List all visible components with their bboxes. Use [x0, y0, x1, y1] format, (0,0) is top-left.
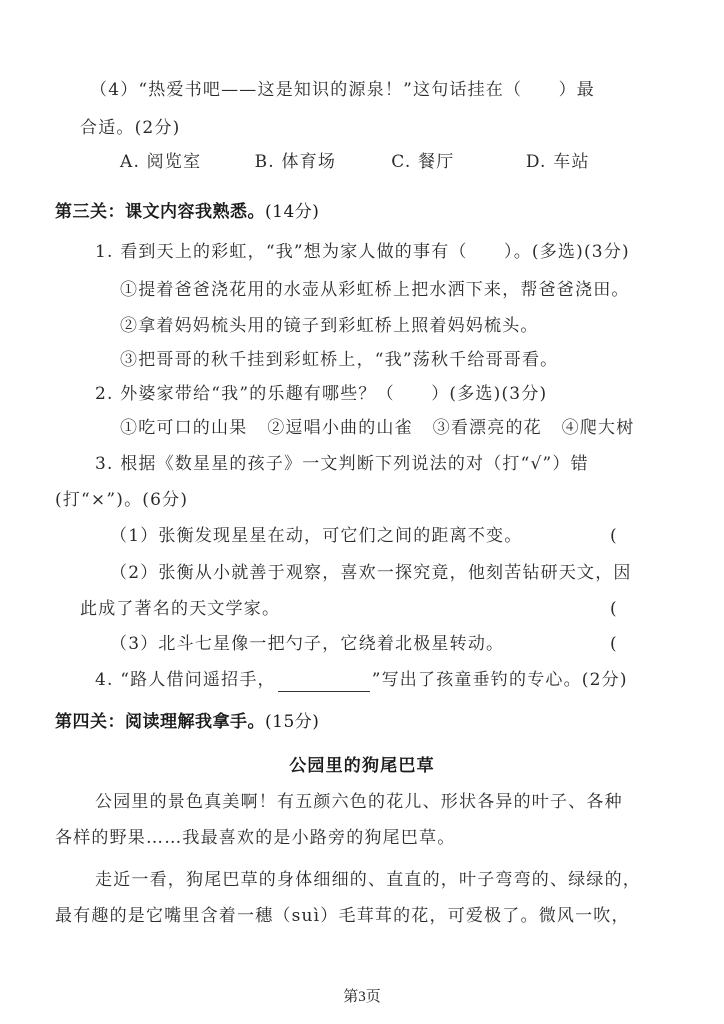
- passage-title: 公园里的狗尾巴草: [0, 754, 724, 778]
- passage-p1-line1: 公园里的景色真美啊！有五颜六色的花儿、形状各异的叶子、各种: [95, 790, 623, 814]
- section3-title: 第三关：课文内容我熟悉。: [55, 202, 265, 222]
- s3-q4-prefix: 4. “路人借问遥招手，: [95, 670, 276, 690]
- s3-q2-item-1: ①吃可口的山果: [120, 418, 247, 438]
- s3-q1-item-1: ①提着爸爸浇花用的水壶从彩虹桥上把水洒下来，帮爸爸浇田。: [120, 278, 630, 302]
- option-c: C. 餐厅: [391, 150, 519, 174]
- s3-q1-item-2: ②拿着妈妈梳头用的镜子到彩虹桥上照着妈妈梳头。: [120, 314, 539, 338]
- page-number: 第3页: [0, 985, 724, 1006]
- option-d: D. 车站: [526, 150, 590, 174]
- passage-p2-line2: 最有趣的是它嘴里含着一穗（suì）毛茸茸的花，可爱极了。微风一吹，: [55, 904, 630, 928]
- s3-q3-stem-line2: (打“×”)。(6分): [55, 488, 188, 512]
- s3-q1-item-3: ③把哥哥的秋千挂到彩虹桥上，“我”荡秋千给哥哥看。: [120, 348, 558, 372]
- option-b: B. 体育场: [255, 150, 385, 174]
- s3-q2-items: ①吃可口的山果 ②逗唱小曲的山雀 ③看漂亮的花 ④爬大树: [120, 416, 634, 440]
- question-4-line2: 合适。(2分): [80, 116, 180, 140]
- s3-q3-answer-1[interactable]: ( ): [610, 524, 724, 548]
- s3-q2-item-3: ③看漂亮的花: [433, 418, 542, 438]
- s3-q3-item-1: （1）张衡发现星星在动，可它们之间的距离不变。: [110, 524, 522, 548]
- passage-p1-line2: 各样的野果……我最喜欢的是小路旁的狗尾巴草。: [55, 826, 455, 850]
- question-4-options: A. 阅览室 B. 体育场 C. 餐厅 D. 车站: [120, 150, 590, 174]
- option-a: A. 阅览室: [120, 150, 248, 174]
- s3-q3-stem-line1: 3. 根据《数星星的孩子》一文判断下列说法的对（打“√”）错: [95, 452, 589, 476]
- s3-q2-stem: 2. 外婆家带给“我”的乐趣有哪些？（ ）(多选)(3分): [95, 382, 547, 406]
- s3-q3-item-2: （2）张衡从小就善于观察，喜欢一探究竟，他刻苦钻研天文，因: [110, 561, 632, 585]
- section4-heading: 第四关：阅读理解我拿手。(15分): [55, 710, 319, 734]
- section3-points: (14分): [265, 202, 319, 222]
- s3-q2-item-2: ②逗唱小曲的山雀: [267, 418, 413, 438]
- section4-title: 第四关：阅读理解我拿手。: [55, 712, 265, 732]
- question-4-line1: （4）“热爱书吧——这是知识的源泉！”这句话挂在（ ）最: [90, 78, 595, 102]
- s3-q4-suffix: ”写出了孩童垂钓的专心。(2分): [372, 670, 628, 690]
- section3-heading: 第三关：课文内容我熟悉。(14分): [55, 200, 319, 224]
- s3-q3-answer-3[interactable]: ( ): [610, 632, 724, 656]
- passage-p2-line1: 走近一看，狗尾巴草的身体细细的、直直的，叶子弯弯的、绿绿的，: [95, 868, 641, 892]
- section4-points: (15分): [265, 712, 319, 732]
- s3-q1-stem: 1. 看到天上的彩虹，“我”想为家人做的事有（ ）。(多选)(3分): [95, 240, 630, 264]
- s3-q3-item-3: （3）北斗七星像一把勺子，它绕着北极星转动。: [110, 632, 504, 656]
- s3-q4-blank[interactable]: [278, 673, 370, 692]
- s3-q3-item-2-cont: 此成了著名的天文学家。: [80, 597, 280, 621]
- s3-q2-item-4: ④爬大树: [562, 418, 635, 438]
- s3-q4: 4. “路人借问遥招手，”写出了孩童垂钓的专心。(2分): [95, 668, 628, 692]
- s3-q3-answer-2[interactable]: ( ): [610, 597, 724, 621]
